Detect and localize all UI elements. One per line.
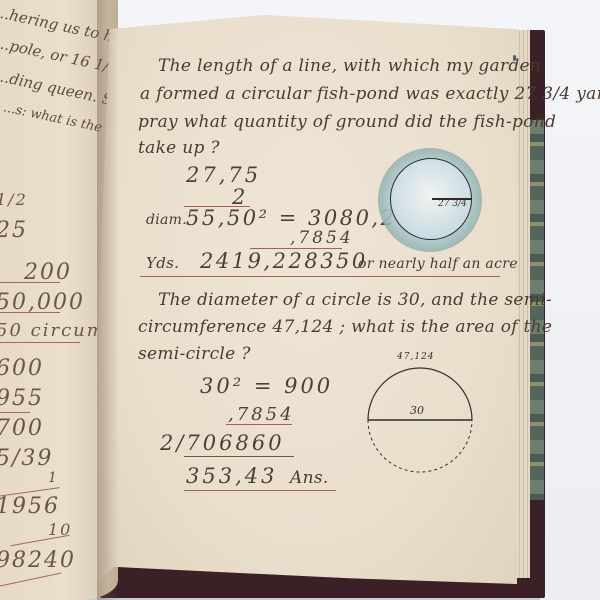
p2-calc-line-2: ,7854 <box>228 404 295 425</box>
p1-rule <box>140 276 500 277</box>
p1-yds-label: Yds. <box>146 254 179 272</box>
p2-calc-line-1: 30² = 900 <box>200 374 333 398</box>
pond-radius-label: 27 3/4 <box>438 199 467 209</box>
left-rule <box>0 342 80 343</box>
semicircle-diameter-label: 30 <box>410 404 424 417</box>
p1-diam-label: diam. <box>146 212 187 228</box>
semicircle-diagram <box>366 358 474 478</box>
p2-calc-line-4: 353,43 <box>186 464 277 488</box>
problem-2-line-2: circumference 47,124 ; what is the area … <box>138 317 552 337</box>
left-calc: 955 <box>0 386 44 411</box>
left-calc: 98240 <box>0 548 76 573</box>
p1-result-note: or nearly half an acre <box>358 256 518 272</box>
left-calc: 5/39 <box>0 446 53 471</box>
marbled-cover-edge <box>530 120 544 500</box>
p1-calc-line-5: 2419,228350 <box>200 249 368 273</box>
p1-calc-line-1: 27,75 <box>186 163 261 187</box>
problem-1-line-3: pray what quantity of ground did the fis… <box>138 112 556 132</box>
problem-1-line-1: The length of a line, with which my gard… <box>158 56 541 76</box>
problem-1-line-2: a formed a circular fish-pond was exactl… <box>140 84 600 104</box>
p2-answer-label: Ans. <box>290 468 329 488</box>
left-rule <box>0 573 61 589</box>
left-rule <box>0 412 30 413</box>
notebook-photo: ...hering us to have ...pole, or 16 1/2 … <box>0 0 600 600</box>
problem-1-line-4: take up ? <box>138 138 220 158</box>
left-calc: 600 <box>0 356 44 381</box>
p2-rule <box>184 456 294 457</box>
left-calc: 25 <box>0 218 28 243</box>
p2-calc-line-3: 2/706860 <box>160 431 285 455</box>
left-calc: 1/2 <box>0 190 28 209</box>
page-gutter <box>97 0 119 600</box>
semicircle-arc-label: 47,124 <box>397 352 435 362</box>
left-rule <box>10 535 69 546</box>
left-calc: 1 <box>48 470 59 486</box>
left-rule <box>0 282 60 283</box>
left-calc: 1956 <box>0 494 60 519</box>
p1-calc-line-4: ,7854 <box>290 228 354 248</box>
problem-2-line-1: The diameter of a circle is 30, and the … <box>158 290 552 310</box>
left-calc: 700 <box>0 416 44 441</box>
left-rule <box>0 312 60 313</box>
problem-2-line-3: semi-circle ? <box>138 344 251 364</box>
p2-rule <box>226 424 292 425</box>
p2-rule <box>184 490 336 491</box>
